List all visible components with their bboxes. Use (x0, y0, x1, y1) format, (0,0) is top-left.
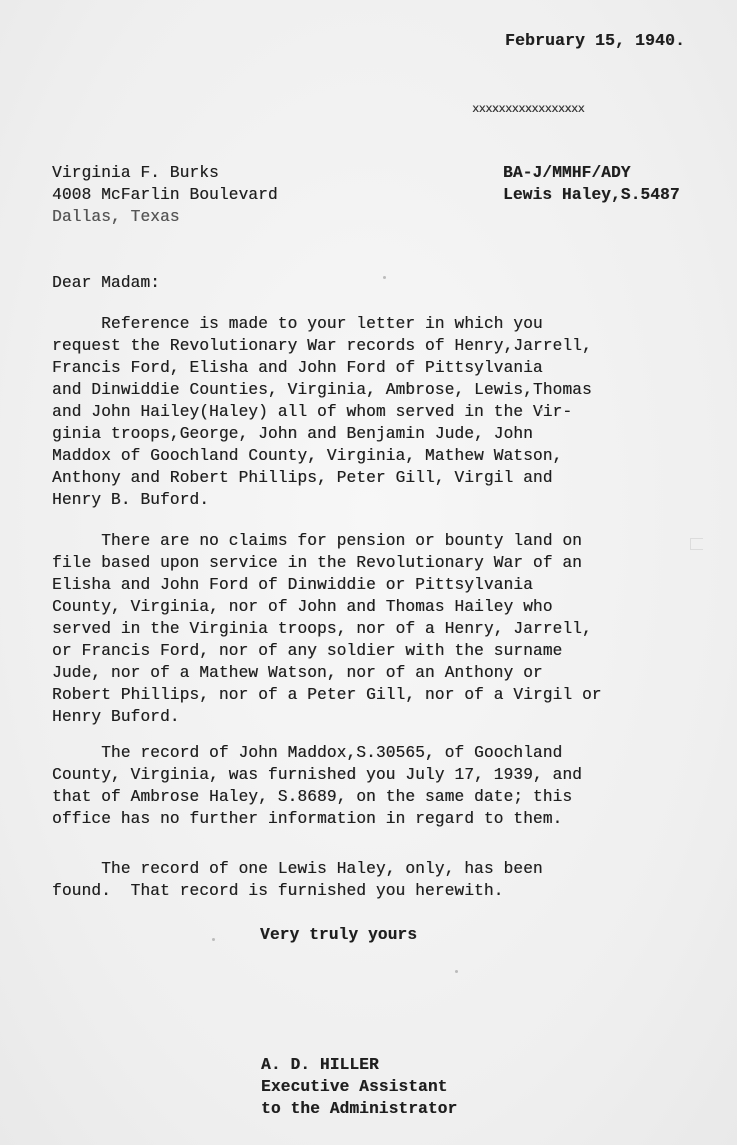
struck-out-line: xxxxxxxxxxxxxxxxx (472, 98, 584, 120)
paragraph-line: Francis Ford, Elisha and John Ford of Pi… (52, 357, 543, 379)
recipient-street: 4008 McFarlin Boulevard (52, 184, 278, 206)
paragraph-line: file based upon service in the Revolutio… (52, 552, 582, 574)
paper-speck (383, 276, 386, 279)
reference-subject: Lewis Haley,S.5487 (503, 184, 680, 206)
paper-speck (212, 938, 215, 941)
paragraph-line: The record of John Maddox,S.30565, of Go… (52, 742, 562, 764)
paragraph-line: There are no claims for pension or bount… (52, 530, 582, 552)
paragraph-line: or Francis Ford, nor of any soldier with… (52, 640, 562, 662)
paragraph-line: County, Virginia, was furnished you July… (52, 764, 582, 786)
paragraph-line: served in the Virginia troops, nor of a … (52, 618, 592, 640)
paragraph-line: Henry Buford. (52, 706, 180, 728)
paragraph-line: found. That record is furnished you here… (52, 880, 503, 902)
paper-speck (455, 970, 458, 973)
stamp-mark (690, 538, 703, 550)
paragraph-line: ginia troops,George, John and Benjamin J… (52, 423, 533, 445)
letter-date: February 15, 1940. (505, 30, 685, 52)
paragraph-line: and Dinwiddie Counties, Virginia, Ambros… (52, 379, 592, 401)
paragraph-line: and John Hailey(Haley) all of whom serve… (52, 401, 572, 423)
paragraph-line: request the Revolutionary War records of… (52, 335, 592, 357)
signatory-title-2: to the Administrator (261, 1098, 457, 1120)
paragraph-line: Robert Phillips, nor of a Peter Gill, no… (52, 684, 602, 706)
closing: Very truly yours (260, 924, 417, 946)
paragraph-line: County, Virginia, nor of John and Thomas… (52, 596, 553, 618)
paragraph-line: Reference is made to your letter in whic… (52, 313, 543, 335)
paragraph-line: that of Ambrose Haley, S.8689, on the sa… (52, 786, 572, 808)
recipient-city: Dallas, Texas (52, 206, 180, 228)
paper-speck (540, 408, 543, 411)
signatory-name: A. D. HILLER (261, 1054, 379, 1076)
signatory-title-1: Executive Assistant (261, 1076, 447, 1098)
paragraph-line: The record of one Lewis Haley, only, has… (52, 858, 543, 880)
reference-code: BA-J/MMHF/ADY (503, 162, 631, 184)
paragraph-line: Anthony and Robert Phillips, Peter Gill,… (52, 467, 553, 489)
letter-page: February 15, 1940. xxxxxxxxxxxxxxxxx Vir… (0, 0, 737, 1145)
paragraph-line: Jude, nor of a Mathew Watson, nor of an … (52, 662, 543, 684)
paragraph-line: office has no further information in reg… (52, 808, 562, 830)
salutation: Dear Madam: (52, 272, 160, 294)
paragraph-line: Henry B. Buford. (52, 489, 209, 511)
paragraph-line: Maddox of Goochland County, Virginia, Ma… (52, 445, 562, 467)
paragraph-line: Elisha and John Ford of Dinwiddie or Pit… (52, 574, 533, 596)
recipient-name: Virginia F. Burks (52, 162, 219, 184)
